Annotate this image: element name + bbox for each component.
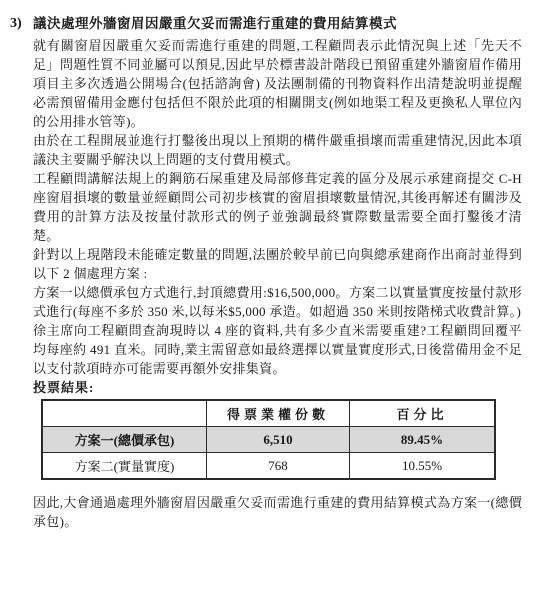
item-content: 議決處理外牆窗眉因嚴重欠妥而需進行重建的費用結算模式 就有關窗眉因嚴重欠妥而需進… [33, 14, 522, 531]
paragraph-conclusion: 因此,大會通過處理外牆窗眉因嚴重欠妥而需進行重建的費用結算模式為方案一(總價承包… [33, 493, 522, 531]
cell-option2-percent: 10.55% [350, 453, 496, 480]
header-cell-option [42, 400, 207, 427]
header-cell-percent: 百分比 [350, 400, 496, 427]
header-cell-votes: 得票業權份數 [207, 400, 350, 427]
paragraph-option-details: 方案一以總價承包方式進行,封頂總費用:$16,500,000。方案二以實量實度按… [33, 283, 522, 321]
paragraph-consultant-explanation: 工程顧問講解法規上的鋼筋石屎重建及局部修葺定義的區分及展示承建商提交 C-H 座… [33, 169, 522, 245]
table-row-option1: 方案一(總價承包) 6,510 89.45% [42, 427, 495, 453]
paragraph-two-options-intro: 針對以上現階段未能確定數量的問題,法團於較早前已向與總承建商作出商討並得到以下 … [33, 245, 522, 283]
vote-results-label: 投票結果: [33, 378, 522, 397]
vote-results-table: 得票業權份數 百分比 方案一(總價承包) 6,510 89.45% 方案二(實量… [41, 399, 496, 480]
cell-option1-name: 方案一(總價承包) [42, 427, 207, 453]
paragraph-intro: 就有關窗眉因嚴重欠妥而需進行重建的問題,工程顧問表示此情況與上述「先天不足」問題… [33, 36, 522, 131]
item-number: 3) [10, 14, 33, 33]
table-header-row: 得票業權份數 百分比 [42, 400, 495, 427]
document-page: 3) 議決處理外牆窗眉因嚴重欠妥而需進行重建的費用結算模式 就有關窗眉因嚴重欠妥… [0, 0, 548, 599]
agenda-item-3: 3) 議決處理外牆窗眉因嚴重欠妥而需進行重建的費用結算模式 就有關窗眉因嚴重欠妥… [10, 14, 522, 531]
section-title: 議決處理外牆窗眉因嚴重欠妥而需進行重建的費用結算模式 [33, 14, 522, 33]
cell-option2-votes: 768 [207, 453, 350, 480]
cell-option1-votes: 6,510 [207, 427, 350, 453]
cell-option1-percent: 89.45% [350, 427, 496, 453]
table-row-option2: 方案二(實量實度) 768 10.55% [42, 453, 495, 480]
paragraph-chairman-query: 徐主席向工程顧問查詢現時以 4 座的資料,共有多少直米需要重建?工程顧問回覆平均… [33, 321, 522, 378]
paragraph-reason: 由於在工程開展並進行打鑿後出現以上預期的構件嚴重損壞而需重建情況,因此本項議決主… [33, 131, 522, 169]
cell-option2-name: 方案二(實量實度) [42, 453, 207, 480]
